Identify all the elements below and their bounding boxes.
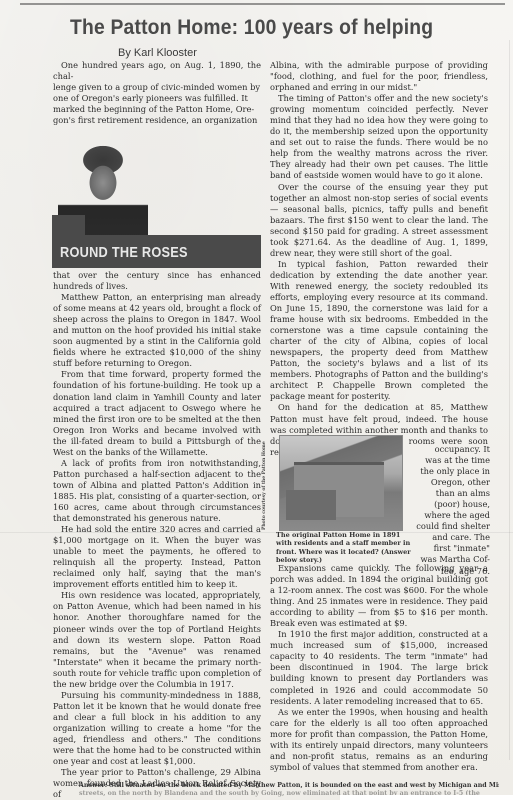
text-line: and care. The: [408, 532, 490, 543]
paragraph: Pursuing his community-mindedness in 188…: [53, 690, 261, 767]
text-line: marked the beginning of the Patton Home,…: [53, 104, 261, 115]
page-edge: [509, 40, 510, 760]
paragraph: As we enter the 1990s, when housing and …: [270, 707, 488, 773]
right-column: Albina, with the admirable purpose of pr…: [270, 60, 488, 458]
paragraph: Expansions came quickly. The following y…: [270, 563, 488, 629]
paragraph: that over the century since has enhanced…: [53, 270, 261, 292]
paragraph: Over the course of the ensuing year they…: [270, 182, 488, 259]
byline: By Karl Klooster: [118, 47, 197, 59]
newspaper-clipping: The Patton Home: 100 years of helping By…: [0, 0, 513, 800]
top-rule: [20, 3, 505, 5]
headline: The Patton Home: 100 years of helping: [70, 16, 438, 40]
text-line: was at the time: [408, 455, 490, 466]
text-line: One hundred years ago, on Aug. 1, 1890, …: [53, 60, 261, 82]
left-column-intro: One hundred years ago, on Aug. 1, 1890, …: [53, 60, 261, 126]
column-banner-title: ROUND THE ROSES: [60, 244, 188, 261]
house-porch-shape: [286, 490, 336, 520]
paragraph: The timing of Patton's offer and the new…: [270, 93, 488, 181]
photo-credit: Photo courtesy of the Patton Home: [262, 438, 274, 530]
text-line: Oregon, other: [408, 477, 490, 488]
paragraph: Matthew Patton, an enterprising man alre…: [53, 292, 261, 369]
paragraph: He had sold the entire 320 acres and car…: [53, 524, 261, 590]
photo-caption: The original Patton Home in 1891 with re…: [276, 531, 414, 564]
text-line: where the aged: [408, 510, 490, 521]
text-line: lenge given to a group of civic-minded w…: [53, 82, 261, 93]
right-column-continued: Expansions came quickly. The following y…: [270, 563, 488, 773]
wrapped-text-beside-photo: occupancy. It was at the time the only p…: [408, 444, 490, 577]
paragraph: From that time forward, property formed …: [53, 369, 261, 457]
text-line: the only place in: [408, 466, 490, 477]
paragraph: In 1910 the first major addition, constr…: [270, 629, 488, 706]
text-line: than an alms: [408, 488, 490, 499]
text-line: one of Oregon's early pioneers was fulfi…: [53, 93, 261, 104]
paragraph: A lack of profits from iron notwithstand…: [53, 458, 261, 524]
paragraph: Albina, with the admirable purpose of pr…: [270, 60, 488, 93]
left-column: that over the century since has enhanced…: [53, 270, 261, 800]
text-line: occupancy. It: [408, 444, 490, 455]
text-line: first "inmate": [408, 543, 490, 554]
scan-edge: [340, 795, 513, 800]
text-line: (poor) house,: [408, 499, 490, 510]
banner-shape: [52, 215, 85, 237]
paragraph: His own residence was located, appropria…: [53, 590, 261, 689]
text-line: gon's first retirement residence, an org…: [53, 115, 261, 126]
answer-footnote: Answer: Still situated on the block dona…: [79, 782, 499, 790]
text-line: could find shelter: [408, 521, 490, 532]
paragraph: In typical fashion, Patton rewarded thei…: [270, 259, 488, 403]
